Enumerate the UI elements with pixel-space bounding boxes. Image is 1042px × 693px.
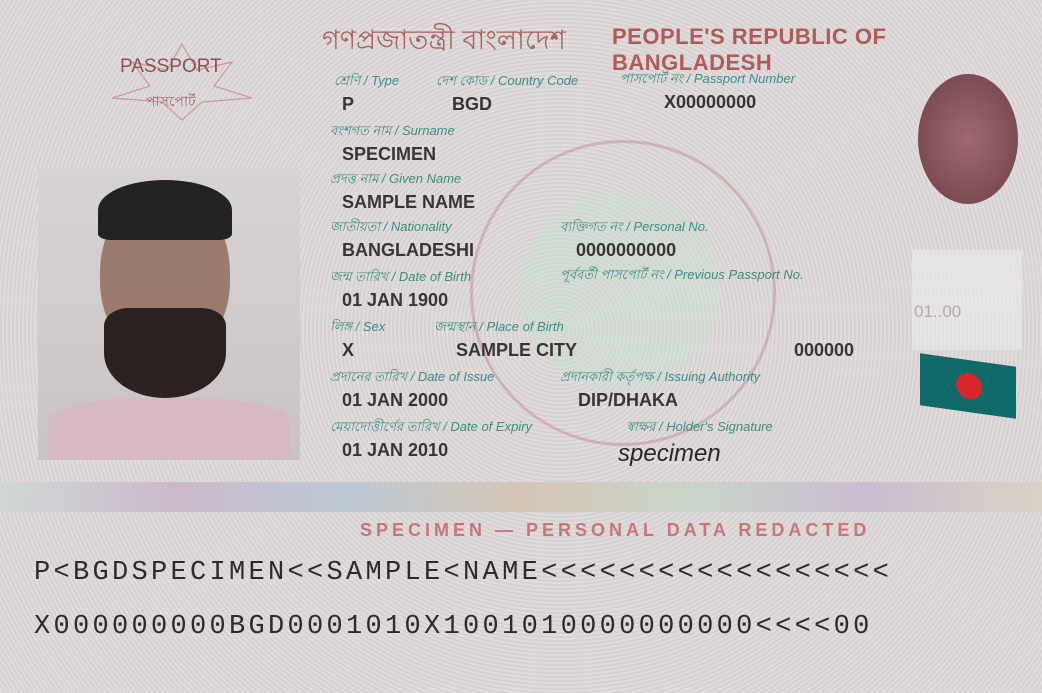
dob-value: 01 JAN 1900 (342, 290, 448, 311)
mrz-line-2: X000000000BGD0001010X1001010000000000<<<… (34, 612, 873, 642)
place-of-birth-label: জন্মস্থান / Place of Birth (434, 318, 564, 339)
given-name-value: SAMPLE NAME (342, 192, 475, 213)
surname-value: SPECIMEN (342, 144, 436, 165)
ghost-photo: 01..00 (912, 250, 1022, 350)
signature-label: স্বাক্ষর / Holder's Signature (626, 418, 773, 439)
passport-number-value: X00000000 (664, 92, 756, 113)
type-value: P (342, 94, 354, 115)
sex-label: লিঙ্গ / Sex (330, 318, 385, 339)
ghost-image-oval (918, 74, 1018, 204)
holder-signature: specimen (618, 440, 721, 468)
dob-label: জন্ম তারিখ / Date of Birth (330, 268, 471, 289)
passport-number-label: পাসপোর্ট নং / Passport Number (620, 70, 795, 91)
country-title-bn: গণপ্রজাতন্ত্রী বাংলাদেশ (322, 20, 566, 65)
nationality-label: জাতীয়তা / Nationality (330, 218, 452, 239)
date-of-issue-label: প্রদানের তারিখ / Date of Issue (330, 368, 494, 389)
personal-no-label: ব্যক্তিগত নং / Personal No. (560, 218, 709, 239)
date-of-expiry-value: 01 JAN 2010 (342, 440, 448, 461)
previous-passport-label: পূর্ববর্তী পাসপোর্ট নং / Previous Passpo… (560, 266, 804, 287)
surname-label: বংশগত নাম / Surname (330, 122, 455, 143)
type-label: শ্রেণি / Type (334, 72, 399, 93)
date-of-issue-value: 01 JAN 2000 (342, 390, 448, 411)
mrz-line-1: P<BGDSPECIMEN<<SAMPLE<NAME<<<<<<<<<<<<<<… (34, 558, 892, 588)
flag-icon (920, 353, 1016, 418)
hologram-strip (0, 482, 1042, 512)
passport-label: PASSPORT (120, 56, 222, 78)
nationality-value: BANGLADESHI (342, 240, 474, 261)
issuing-authority-label: প্রদানকারী কর্তৃপক্ষ / Issuing Authority (560, 368, 760, 389)
given-name-label: প্রদত্ত নাম / Given Name (330, 170, 461, 191)
place-of-birth-value: SAMPLE CITY (456, 340, 577, 361)
sex-value: X (342, 340, 354, 361)
redaction-notice: SPECIMEN — PERSONAL DATA REDACTED (360, 520, 870, 541)
country-code-label: দেশ কোড / Country Code (436, 72, 578, 93)
passport-label-bn: পাসপোর্ট (146, 90, 196, 114)
date-of-expiry-label: মেয়াদোত্তীর্ণের তারিখ / Date of Expiry (330, 418, 532, 439)
country-code-value: BGD (452, 94, 492, 115)
country-title-en: PEOPLE'S REPUBLIC OF BANGLADESH (612, 24, 1042, 76)
holder-photo (38, 168, 300, 460)
personal-no-value: 0000000000 (576, 240, 676, 261)
issuing-authority-value: DIP/DHAKA (578, 390, 678, 411)
passport-data-page: গণপ্রজাতন্ত্রী বাংলাদেশ PEOPLE'S REPUBLI… (0, 0, 1042, 693)
previous-passport-value: 000000 (794, 340, 854, 361)
